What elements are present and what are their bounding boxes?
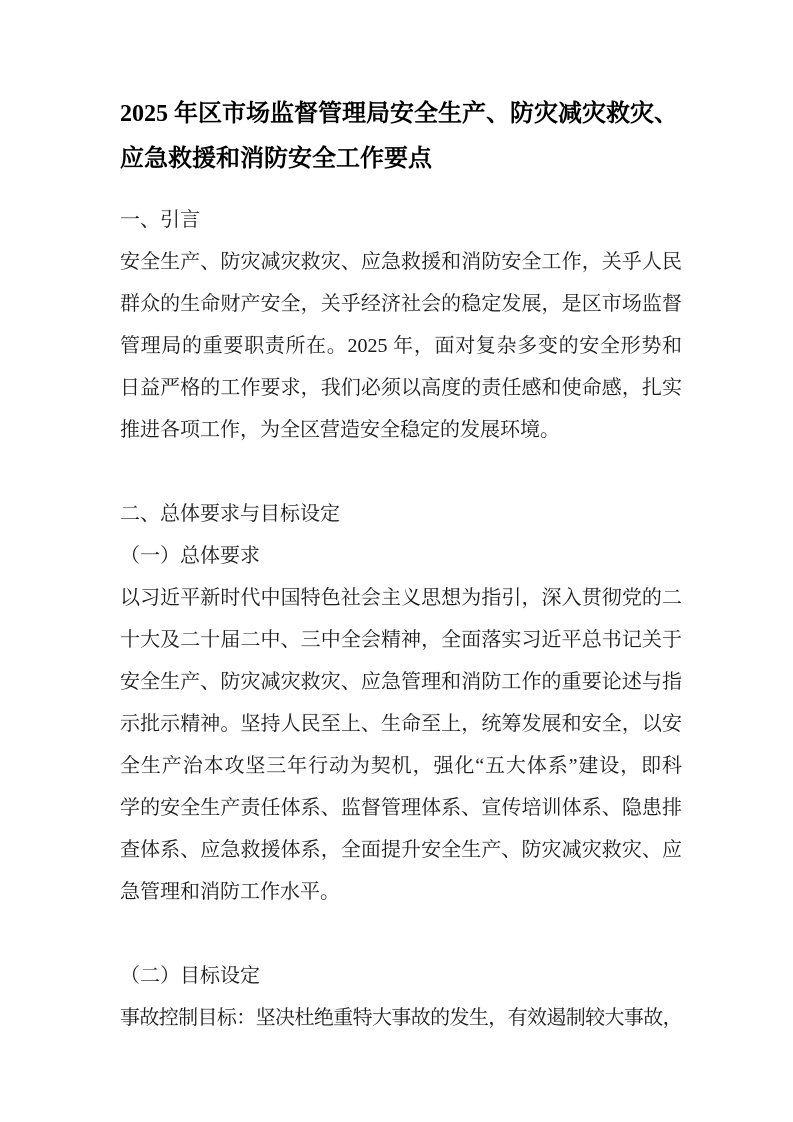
document-title: 2025 年区市场监督管理局安全生产、防灾减灾救灾、应急救援和消防安全工作要点: [120, 92, 682, 182]
paragraph-line: 以习近平新时代中国特色社会主义思想为指引，深入贯彻党的二: [120, 577, 682, 619]
paragraph-line: 管理局的重要职责所在。2025 年，面对复杂多变的安全形势和: [120, 325, 682, 367]
paragraph-line: 急管理和消防工作水平。: [120, 871, 682, 913]
paragraph-line: 安全生产、防灾减灾救灾、应急管理和消防工作的重要论述与指: [120, 661, 682, 703]
paragraph-overall-requirements: 以习近平新时代中国特色社会主义思想为指引，深入贯彻党的二 十大及二十届二中、三中…: [120, 577, 682, 913]
document-content: 2025 年区市场监督管理局安全生产、防灾减灾救灾、应急救援和消防安全工作要点 …: [120, 92, 682, 1039]
heading-goal-setting: （二）目标设定: [120, 955, 682, 997]
paragraph-line: 事故控制目标：坚决杜绝重特大事故的发生，有效遏制较大事故，: [120, 997, 682, 1039]
paragraph-line: 十大及二十届二中、三中全会精神，全面落实习近平总书记关于: [120, 619, 682, 661]
heading-overall-requirements: （一）总体要求: [120, 535, 682, 577]
blank-line: [120, 913, 682, 955]
heading-section-two: 二、总体要求与目标设定: [120, 493, 682, 535]
heading-introduction: 一、引言: [120, 199, 682, 241]
paragraph-line: 日益严格的工作要求，我们必须以高度的责任感和使命感，扎实: [120, 367, 682, 409]
blank-line: [120, 451, 682, 493]
document-page: 2025 年区市场监督管理局安全生产、防灾减灾救灾、应急救援和消防安全工作要点 …: [0, 0, 793, 1122]
paragraph-line: 查体系、应急救援体系，全面提升安全生产、防灾减灾救灾、应: [120, 829, 682, 871]
paragraph-line: 学的安全生产责任体系、监督管理体系、宣传培训体系、隐患排: [120, 787, 682, 829]
paragraph-line: 示批示精神。坚持人民至上、生命至上，统筹发展和安全，以安: [120, 703, 682, 745]
paragraph-line: 群众的生命财产安全，关乎经济社会的稳定发展，是区市场监督: [120, 283, 682, 325]
paragraph-introduction: 安全生产、防灾减灾救灾、应急救援和消防安全工作，关乎人民 群众的生命财产安全，关…: [120, 241, 682, 451]
paragraph-line: 全生产治本攻坚三年行动为契机，强化“五大体系”建设，即科: [120, 745, 682, 787]
paragraph-line: 安全生产、防灾减灾救灾、应急救援和消防安全工作，关乎人民: [120, 241, 682, 283]
paragraph-line: 推进各项工作，为全区营造安全稳定的发展环境。: [120, 409, 682, 451]
paragraph-goal-setting: 事故控制目标：坚决杜绝重特大事故的发生，有效遏制较大事故，: [120, 997, 682, 1039]
